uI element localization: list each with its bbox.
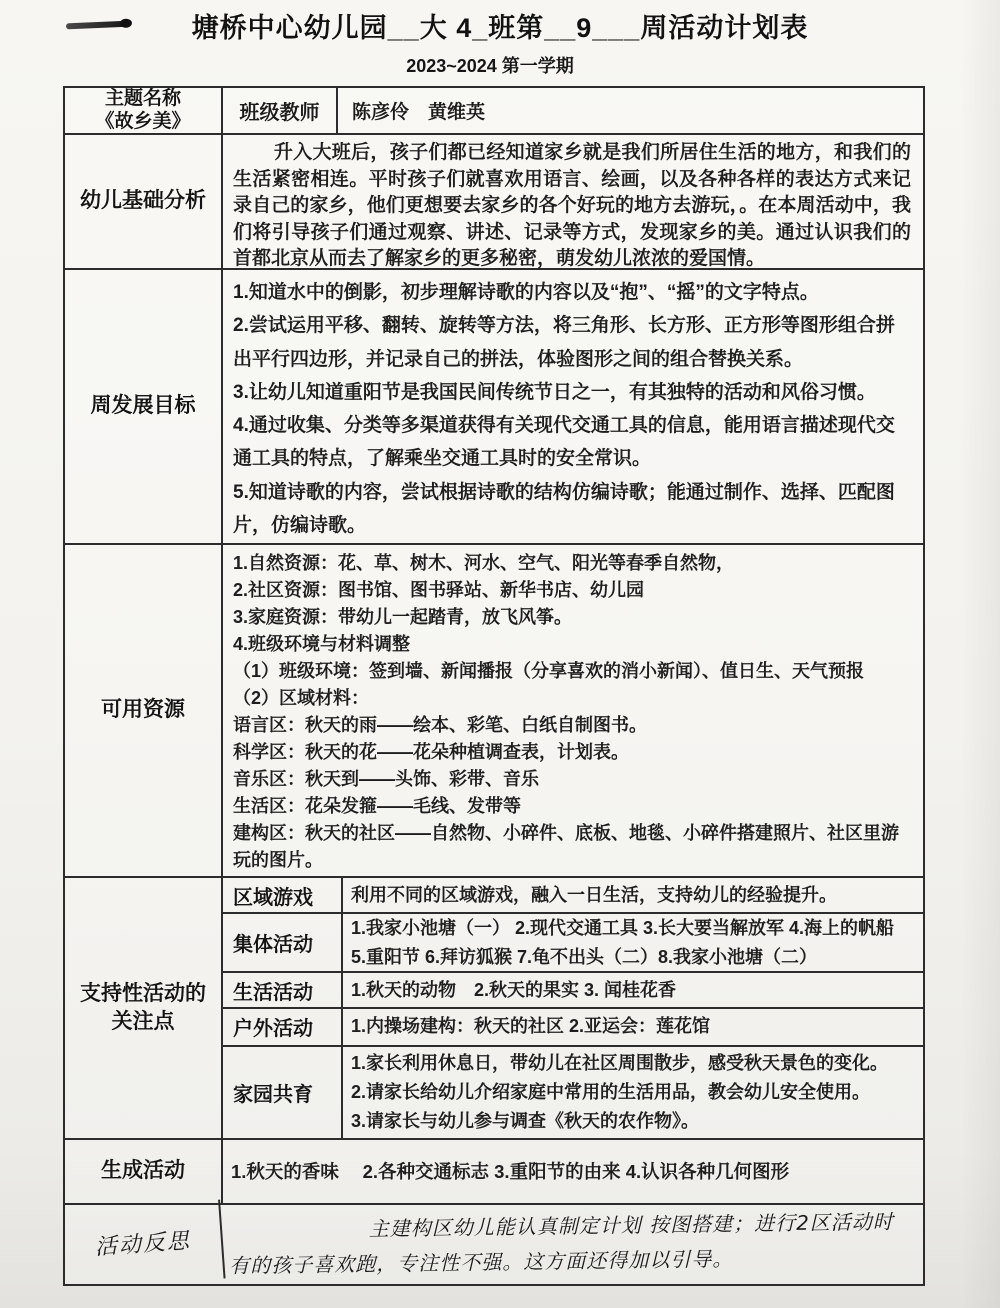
row-support: 支持性活动的 关注点 区域游戏 利用不同的区域游戏，融入一日生活，支持幼儿的经验… (65, 878, 923, 1140)
theme-name-label: 主题名称 《故乡美》 (65, 88, 223, 133)
row-goals: 周发展目标 1.知道水中的倒影，初步理解诗歌的内容以及“抱”、“摇”的文字特点。… (65, 270, 923, 545)
subrow-region-games: 区域游戏 利用不同的区域游戏，融入一日生活，支持幼儿的经验提升。 (223, 878, 923, 914)
analysis-content: 升入大班后，孩子们都已经知道家乡就是我们所居住生活的地方，和我们的生活紧密相连。… (223, 135, 923, 273)
row-analysis: 幼儿基础分析 升入大班后，孩子们都已经知道家乡就是我们所居住生活的地方，和我们的… (65, 135, 923, 270)
weekly-plan-table: 主题名称 《故乡美》 班级教师 陈彦伶 黄维英 幼儿基础分析 升入大班后，孩子们… (63, 86, 925, 1286)
generated-content: 1.秋天的香味 2.各种交通标志 3.重阳节的由来 4.认识各种几何图形 (223, 1155, 797, 1188)
reflection-handwriting: 主建构区幼儿能认真制定计划 按图搭建；进行2区活动时 有的孩子喜欢跑，专注性不强… (223, 1200, 924, 1284)
row-generated: 生成活动 1.秋天的香味 2.各种交通标志 3.重阳节的由来 4.认识各种几何图… (65, 1140, 923, 1205)
region-games-content: 利用不同的区域游戏，融入一日生活，支持幼儿的经验提升。 (343, 879, 845, 912)
row-resources: 可用资源 1.自然资源：花、草、树木、河水、空气、阳光等春季自然物， 2.社区资… (65, 545, 923, 878)
subrow-group-activities: 集体活动 1.我家小池塘（一） 2.现代交通工具 3.长大要当解放军 4.海上的… (223, 914, 923, 973)
group-activities-label: 集体活动 (223, 914, 343, 971)
subrow-outdoor-activities: 户外活动 1.内操场建构：秋天的社区 2.亚运会：莲花馆 (223, 1009, 923, 1047)
subrow-life-activities: 生活活动 1.秋天的动物 2.秋天的果实 3. 闻桂花香 (223, 973, 923, 1008)
resources-label: 可用资源 (65, 545, 223, 876)
document-title: 塘桥中心幼儿园__大 4_班第__9___周活动计划表 (120, 6, 880, 45)
document-page: 塘桥中心幼儿园__大 4_班第__9___周活动计划表 2023~2024 第一… (0, 0, 1000, 1308)
outdoor-activities-label: 户外活动 (223, 1009, 343, 1045)
goals-content: 1.知道水中的倒影，初步理解诗歌的内容以及“抱”、“摇”的文字特点。 2.尝试运… (223, 270, 923, 542)
analysis-label: 幼儿基础分析 (65, 135, 223, 268)
outdoor-activities-content: 1.内操场建构：秋天的社区 2.亚运会：莲花馆 (343, 1010, 718, 1043)
support-label: 支持性活动的 关注点 (65, 878, 223, 1138)
home-cooperation-content: 1.家长利用休息日，带幼儿在社区周围散步，感受秋天景色的变化。 2.请家长给幼儿… (343, 1047, 896, 1138)
teacher-names: 陈彦伶 黄维英 (338, 88, 923, 133)
row-theme: 主题名称 《故乡美》 班级教师 陈彦伶 黄维英 (65, 88, 923, 135)
generated-label: 生成活动 (65, 1140, 223, 1203)
class-teacher-label: 班级教师 (223, 88, 338, 133)
home-cooperation-label: 家园共育 (223, 1047, 343, 1138)
resources-content: 1.自然资源：花、草、树木、河水、空气、阳光等春季自然物， 2.社区资源：图书馆… (223, 545, 923, 874)
region-games-label: 区域游戏 (223, 878, 343, 912)
subrow-home-cooperation: 家园共育 1.家长利用休息日，带幼儿在社区周围散步，感受秋天景色的变化。 2.请… (223, 1047, 923, 1138)
semester-subtitle: 2023~2024 第一学期 (0, 52, 980, 78)
life-activities-label: 生活活动 (223, 973, 343, 1006)
reflection-label: 活动反思 (62, 1200, 225, 1290)
row-reflection: 活动反思 主建构区幼儿能认真制定计划 按图搭建；进行2区活动时 有的孩子喜欢跑，… (65, 1205, 923, 1284)
life-activities-content: 1.秋天的动物 2.秋天的果实 3. 闻桂花香 (343, 974, 684, 1007)
group-activities-content: 1.我家小池塘（一） 2.现代交通工具 3.长大要当解放军 4.海上的帆船 5.… (343, 912, 902, 974)
goals-label: 周发展目标 (65, 270, 223, 543)
